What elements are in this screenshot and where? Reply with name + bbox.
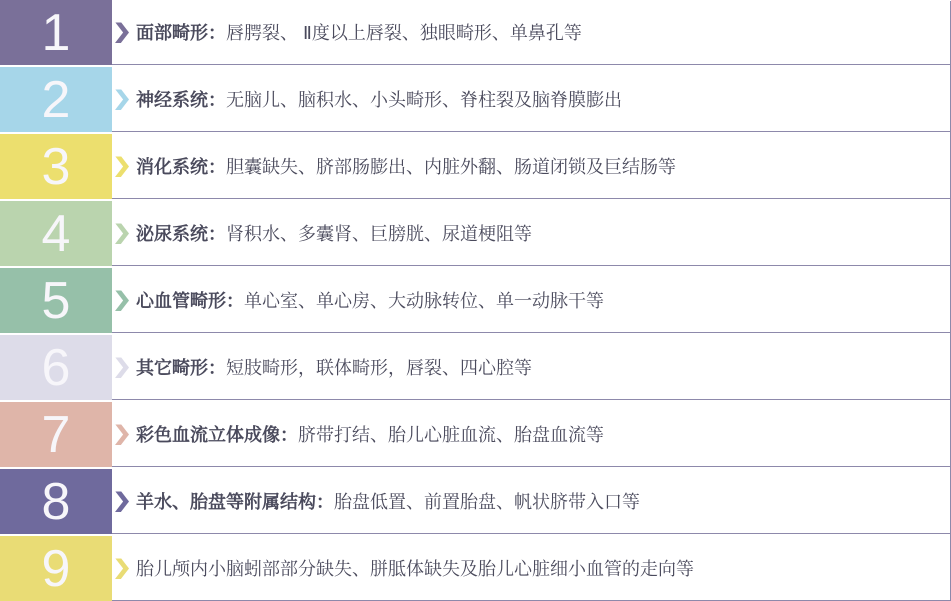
row-category-label: 神经系统：: [136, 86, 226, 112]
row-text-cell: 胎儿颅内小脑蚓部部分缺失、胼胝体缺失及胎儿心脏细小血管的走向等: [112, 536, 951, 601]
list-item: 4 泌尿系统：肾积水、多囊肾、巨膀胱、尿道梗阻等: [0, 201, 951, 266]
row-category-label: 其它畸形：: [136, 354, 226, 380]
list-item: 7 彩色血流立体成像：脐带打结、胎儿心脏血流、胎盘血流等: [0, 402, 951, 467]
row-number-tile: 6: [0, 335, 112, 400]
row-description: 单心室、单心房、大动脉转位、单一动脉干等: [244, 287, 604, 313]
row-description: 胎盘低置、前置胎盘、帆状脐带入口等: [334, 488, 640, 514]
row-category-label: 彩色血流立体成像：: [136, 421, 298, 447]
row-category-label: 心血管畸形：: [136, 287, 244, 313]
list-item: 3 消化系统：胆囊缺失、脐部肠膨出、内脏外翻、肠道闭锁及巨结肠等: [0, 134, 951, 199]
list-item: 5 心血管畸形：单心室、单心房、大动脉转位、单一动脉干等: [0, 268, 951, 333]
row-text-cell: 神经系统：无脑儿、脑积水、小头畸形、脊柱裂及脑脊膜膨出: [112, 67, 951, 132]
row-description: 无脑儿、脑积水、小头畸形、脊柱裂及脑脊膜膨出: [226, 86, 622, 112]
row-number: 1: [42, 7, 71, 59]
row-description: 胎儿颅内小脑蚓部部分缺失、胼胝体缺失及胎儿心脏细小血管的走向等: [136, 555, 694, 581]
row-number-tile: 3: [0, 134, 112, 199]
row-description: 短肢畸形，联体畸形，唇裂、四心腔等: [226, 354, 532, 380]
row-number-tile: 9: [0, 536, 112, 601]
row-number-tile: 7: [0, 402, 112, 467]
list-item: 2 神经系统：无脑儿、脑积水、小头畸形、脊柱裂及脑脊膜膨出: [0, 67, 951, 132]
row-text-cell: 彩色血流立体成像：脐带打结、胎儿心脏血流、胎盘血流等: [112, 402, 951, 467]
row-number: 2: [42, 74, 71, 126]
row-number: 3: [42, 141, 71, 193]
row-number: 5: [42, 275, 71, 327]
row-number-tile: 1: [0, 0, 112, 65]
row-description: 脐带打结、胎儿心脏血流、胎盘血流等: [298, 421, 604, 447]
row-text-cell: 心血管畸形：单心室、单心房、大动脉转位、单一动脉干等: [112, 268, 951, 333]
screening-categories-list: 1 面部畸形：唇腭裂、 Ⅱ度以上唇裂、独眼畸形、单鼻孔等 2 神经系统：无脑儿、…: [0, 0, 951, 601]
list-item: 1 面部畸形：唇腭裂、 Ⅱ度以上唇裂、独眼畸形、单鼻孔等: [0, 0, 951, 65]
list-item: 9 胎儿颅内小脑蚓部部分缺失、胼胝体缺失及胎儿心脏细小血管的走向等: [0, 536, 951, 601]
row-number: 8: [42, 476, 71, 528]
row-number: 6: [42, 342, 71, 394]
row-text-cell: 羊水、胎盘等附属结构：胎盘低置、前置胎盘、帆状脐带入口等: [112, 469, 951, 534]
row-number: 9: [42, 543, 71, 595]
row-category-label: 羊水、胎盘等附属结构：: [136, 488, 334, 514]
row-number-tile: 4: [0, 201, 112, 266]
row-text-cell: 其它畸形：短肢畸形，联体畸形，唇裂、四心腔等: [112, 335, 951, 400]
row-description: 胆囊缺失、脐部肠膨出、内脏外翻、肠道闭锁及巨结肠等: [226, 153, 676, 179]
list-item: 8 羊水、胎盘等附属结构：胎盘低置、前置胎盘、帆状脐带入口等: [0, 469, 951, 534]
row-number-tile: 2: [0, 67, 112, 132]
row-description: 肾积水、多囊肾、巨膀胱、尿道梗阻等: [226, 220, 532, 246]
row-text-cell: 消化系统：胆囊缺失、脐部肠膨出、内脏外翻、肠道闭锁及巨结肠等: [112, 134, 951, 199]
row-text-cell: 面部畸形：唇腭裂、 Ⅱ度以上唇裂、独眼畸形、单鼻孔等: [112, 0, 951, 65]
list-item: 6 其它畸形：短肢畸形，联体畸形，唇裂、四心腔等: [0, 335, 951, 400]
row-category-label: 泌尿系统：: [136, 220, 226, 246]
row-category-label: 消化系统：: [136, 153, 226, 179]
row-number: 7: [42, 409, 71, 461]
row-category-label: 面部畸形：: [136, 19, 226, 45]
row-description: 唇腭裂、 Ⅱ度以上唇裂、独眼畸形、单鼻孔等: [226, 19, 582, 45]
row-number-tile: 8: [0, 469, 112, 534]
row-number: 4: [42, 208, 71, 260]
row-number-tile: 5: [0, 268, 112, 333]
row-text-cell: 泌尿系统：肾积水、多囊肾、巨膀胱、尿道梗阻等: [112, 201, 951, 266]
